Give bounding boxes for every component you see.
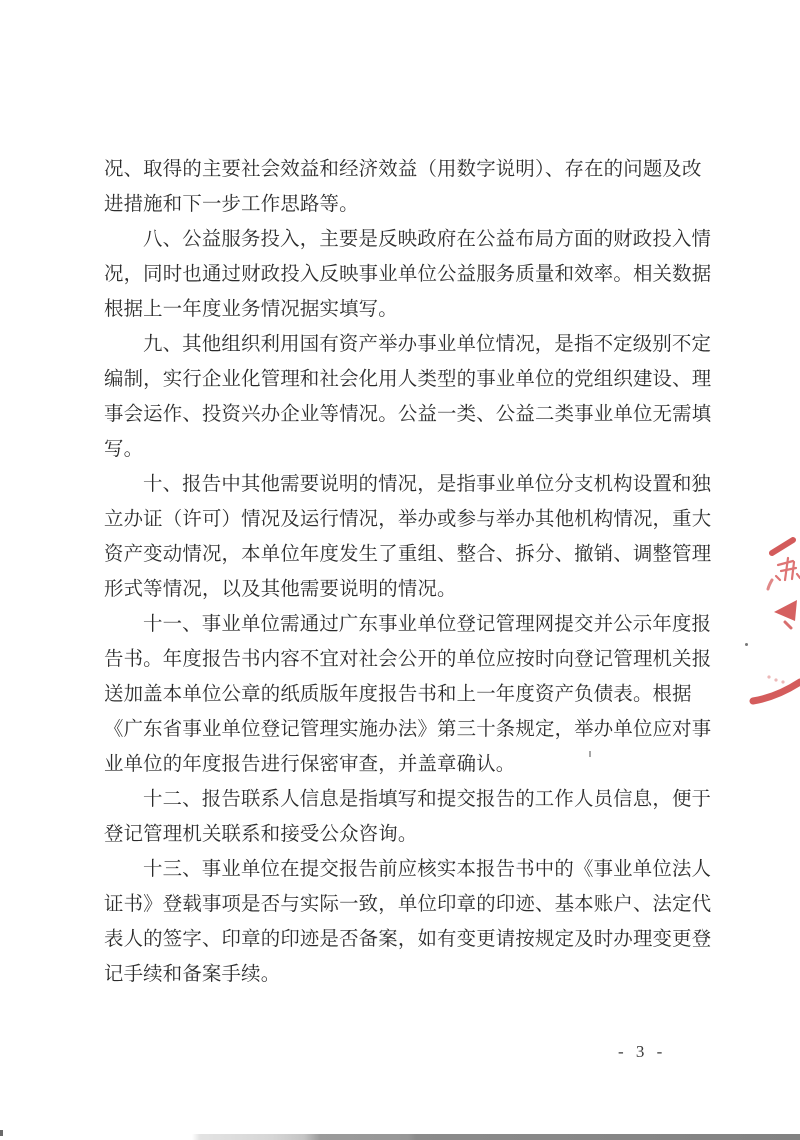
- text-line: 形式等情况，以及其他需要说明的情况。: [104, 572, 716, 607]
- text-line: 根据上一年度业务情况据实填写。: [104, 292, 716, 327]
- text-line: 写。: [104, 432, 716, 467]
- text-line: 进措施和下一步工作思路等。: [104, 187, 716, 222]
- text-line: 况，同时也通过财政投入反映事业单位公益服务质量和效率。相关数据: [104, 257, 716, 292]
- text-line: 证书》登载事项是否与实际一致，单位印章的印迹、基本账户、法定代: [104, 887, 716, 922]
- text-line: 十二、报告联系人信息是指填写和提交报告的工作人员信息，便于: [104, 782, 716, 817]
- text-line: 资产变动情况，本单位年度发生了重组、整合、拆分、撤销、调整管理: [104, 537, 716, 572]
- scan-speck: [745, 643, 748, 646]
- text-line: 送加盖本单位公章的纸质版年度报告书和上一年度资产负债表。根据: [104, 677, 716, 712]
- scanned-document-page: 况、取得的主要社会效益和经济效益（用数字说明）、存在的问题及改进措施和下一步工作…: [0, 0, 800, 1140]
- text-line: 况、取得的主要社会效益和经济效益（用数字说明）、存在的问题及改: [104, 152, 716, 187]
- scanner-edge-artifact: [0, 1134, 800, 1140]
- scan-speck: [589, 751, 591, 757]
- text-line: 十、报告中其他需要说明的情况，是指事业单位分支机构设置和独: [104, 467, 716, 502]
- text-line: 立办证（许可）情况及运行情况，举办或参与举办其他机构情况，重大: [104, 502, 716, 537]
- text-line: 十三、事业单位在提交报告前应核实本报告书中的《事业单位法人: [104, 852, 716, 887]
- text-line: 记手续和备案手续。: [104, 957, 716, 992]
- text-line: 业单位的年度报告进行保密审查，并盖章确认。: [104, 747, 716, 782]
- text-line: 事会运作、投资兴办企业等情况。公益一类、公益二类事业单位无需填: [104, 397, 716, 432]
- text-line: 编制，实行企业化管理和社会化用人类型的事业单位的党组织建设、理: [104, 362, 716, 397]
- document-body: 况、取得的主要社会效益和经济效益（用数字说明）、存在的问题及改进措施和下一步工作…: [104, 152, 716, 992]
- text-line: 登记管理机关联系和接受公众咨询。: [104, 817, 716, 852]
- text-line: 十一、事业单位需通过广东事业单位登记管理网提交并公示年度报: [104, 607, 716, 642]
- text-line: 告书。年度报告书内容不宜对社会公开的单位应按时向登记管理机关报: [104, 642, 716, 677]
- page-number: - 3 -: [618, 1042, 666, 1062]
- text-line: 表人的签字、印章的印迹是否备案，如有变更请按规定及时办理变更登: [104, 922, 716, 957]
- text-line: 八、公益服务投入，主要是反映政府在公益布局方面的财政投入情: [104, 222, 716, 257]
- text-line: 《广东省事业单位登记管理实施办法》第三十条规定，举办单位应对事: [104, 712, 716, 747]
- text-line: 九、其他组织利用国有资产举办事业单位情况，是指不定级别不定: [104, 327, 716, 362]
- red-seal-stamp-icon: [745, 535, 800, 705]
